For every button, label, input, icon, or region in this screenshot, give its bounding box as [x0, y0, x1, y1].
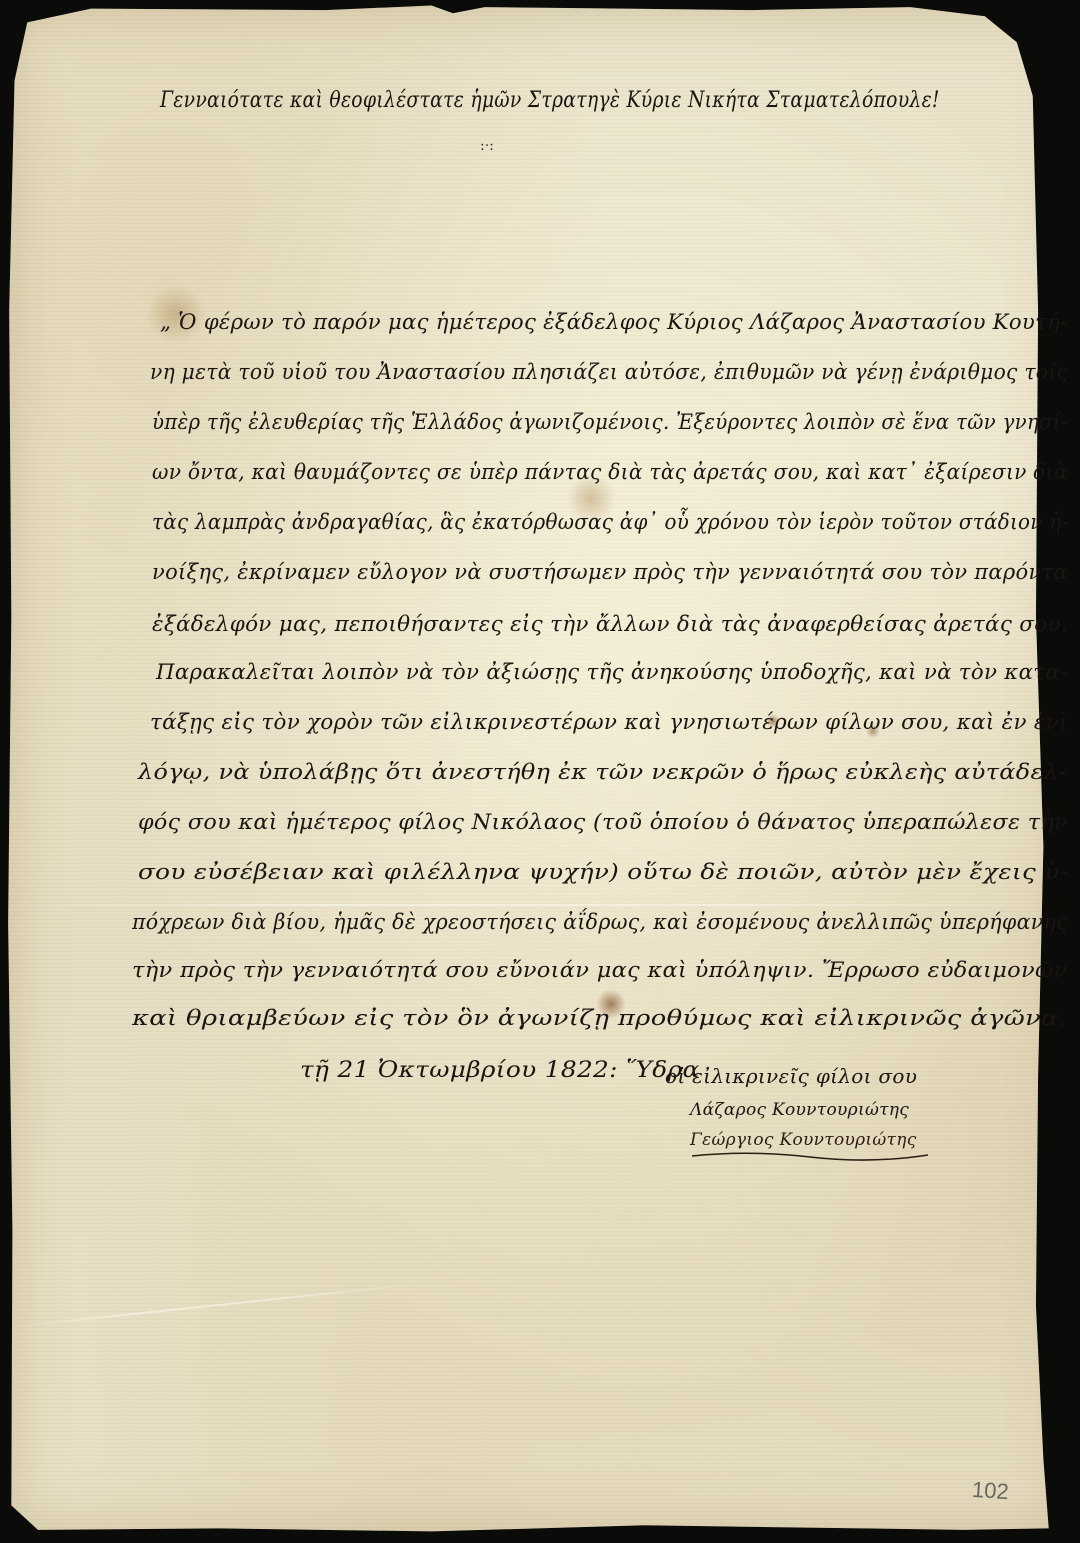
- paper-crease: [7, 1282, 430, 1328]
- body-line: ὑπὲρ τῆς ἐλευθερίας τῆς Ἑλλάδος ἀγωνιζομ…: [152, 410, 1068, 434]
- signature: Λάζαρος Κουντουριώτης: [690, 1100, 909, 1120]
- body-line: ἐξάδελφόν μας, πεποιθήσαντες εἰς τὴν ἄλλ…: [152, 612, 1068, 636]
- body-line: φός σου καὶ ἡμέτερος φίλος Νικόλαος (τοῦ…: [138, 810, 1068, 834]
- body-line: ων ὄντα, καὶ θαυμάζοντες σε ὑπὲρ πάντας …: [152, 460, 1068, 484]
- body-line: τὰς λαμπρὰς ἀνδραγαθίας, ἃς ἐκατόρθωσας …: [152, 510, 1068, 534]
- closing-phrase: οἱ εἰλικρινεῖς φίλοι σου: [665, 1064, 917, 1088]
- dateline: τῇ 21 Ὀκτωμβρίου 1822: Ὕδρα: [300, 1058, 700, 1083]
- body-line: „ Ὁ φέρων τὸ παρόν μας ἡμέτερος ἐξάδελφο…: [160, 310, 1068, 334]
- decorative-mark: :·:: [480, 138, 494, 154]
- signature-flourish-icon: [690, 1148, 930, 1162]
- body-line: τὴν πρὸς τὴν γενναιότητά σου εὔνοιάν μας…: [132, 958, 1068, 982]
- body-line: τάξῃς εἰς τὸν χορὸν τῶν εἰλικρινεστέρων …: [150, 710, 1068, 734]
- body-line: καὶ θριαμβεύων εἰς τὸν ὃν ἀγωνίζῃ προθύμ…: [132, 1006, 1067, 1030]
- body-line: λόγῳ, νὰ ὑπολάβῃς ὅτι ἀνεστήθη ἐκ τῶν νε…: [138, 760, 1068, 784]
- body-line: σου εὐσέβειαν καὶ φιλέλληνα ψυχήν) οὕτω …: [138, 860, 1068, 884]
- body-line: Παρακαλεῖται λοιπὸν νὰ τὸν ἀξιώσῃς τῆς ἀ…: [156, 660, 1067, 684]
- paper-fold-line: [6, 904, 1070, 906]
- body-line: νοίξης, ἐκρίναμεν εὔλογον νὰ συστήσωμεν …: [152, 560, 1068, 584]
- body-line: νη μετὰ τοῦ υἱοῦ του Ἀναστασίου πλησιάζε…: [150, 360, 1068, 384]
- body-line: πόχρεων διὰ βίου, ἡμᾶς δὲ χρεοστήσεις ἀΐ…: [132, 910, 1068, 934]
- salutation: Γενναιότατε καὶ θεοφιλέστατε ἡμῶν Στρατη…: [160, 88, 940, 113]
- folio-number: 102: [971, 1477, 1009, 1505]
- signature: Γεώργιος Κουντουριώτης: [690, 1130, 917, 1150]
